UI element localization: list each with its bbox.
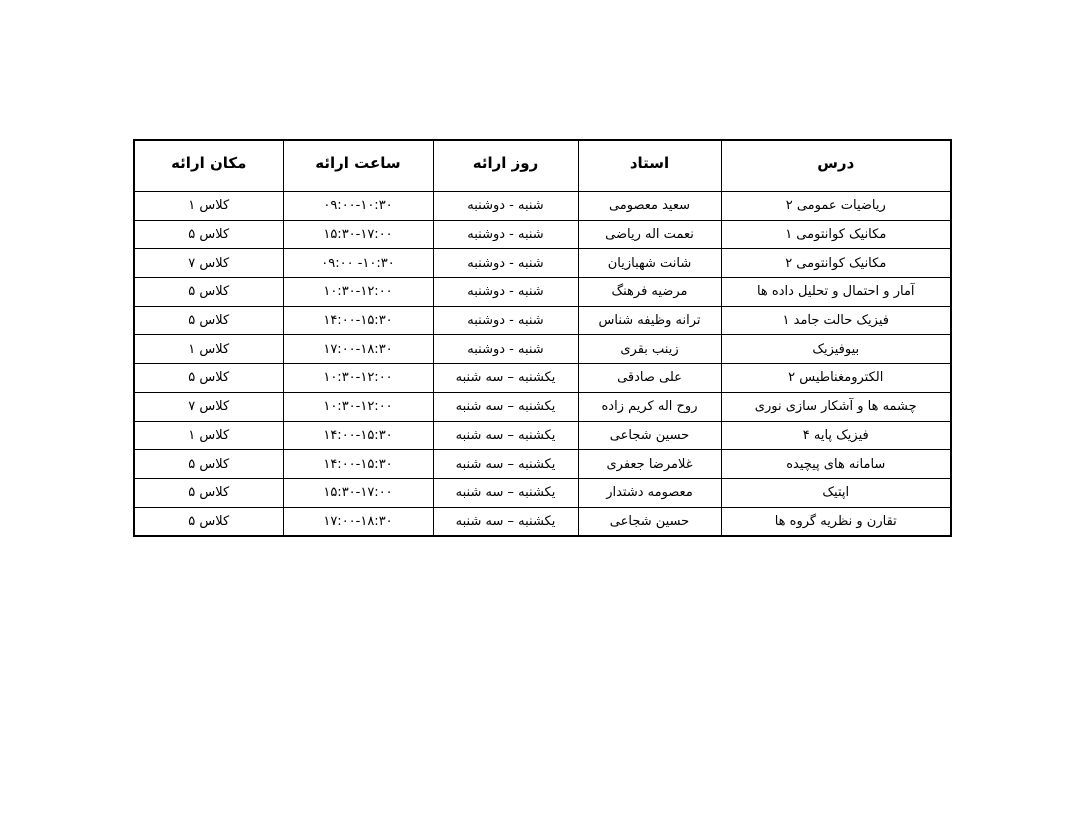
table-row: الکترومغناطیس ۲علی صادقییکشنبه – سه شنبه… [134,364,951,393]
cell-professor: شانت شهبازیان [578,249,721,278]
cell-time: ۱۵:۳۰-۱۷:۰۰ [283,478,433,507]
cell-location: کلاس ۵ [134,278,283,307]
cell-location: کلاس ۷ [134,392,283,421]
cell-professor: حسین شجاعی [578,421,721,450]
cell-course: اپتیک [721,478,951,507]
cell-location: کلاس ۷ [134,249,283,278]
table-row: بیوفیزیکزینب بقریشنبه - دوشنبه۱۷:۰۰-۱۸:۳… [134,335,951,364]
cell-course: مکانیک کوانتومی ۲ [721,249,951,278]
cell-location: کلاس ۵ [134,507,283,536]
cell-day: شنبه - دوشنبه [433,278,578,307]
table-row: فیزیک پایه ۴حسین شجاعییکشنبه – سه شنبه۱۴… [134,421,951,450]
cell-day: یکشنبه – سه شنبه [433,392,578,421]
table-row: تقارن و نظریه گروه هاحسین شجاعییکشنبه – … [134,507,951,536]
cell-time: ۱۷:۰۰-۱۸:۳۰ [283,335,433,364]
cell-professor: سعید معصومی [578,192,721,221]
cell-location: کلاس ۱ [134,421,283,450]
cell-day: یکشنبه – سه شنبه [433,364,578,393]
cell-professor: ترانه وظیفه شناس [578,306,721,335]
cell-professor: زینب بقری [578,335,721,364]
cell-location: کلاس ۵ [134,220,283,249]
header-row: درس استاد روز ارائه ساعت ارائه مکان ارائ… [134,140,951,192]
table-row: سامانه های پیچیدهغلامرضا جعفرییکشنبه – س… [134,450,951,479]
table-row: آمار و احتمال و تحلیل داده هامرضیه فرهنگ… [134,278,951,307]
cell-course: آمار و احتمال و تحلیل داده ها [721,278,951,307]
cell-time: ۱۷:۰۰-۱۸:۳۰ [283,507,433,536]
cell-professor: معصومه دشتدار [578,478,721,507]
cell-location: کلاس ۵ [134,450,283,479]
cell-location: کلاس ۱ [134,192,283,221]
cell-time: ۱۰:۳۰-۱۲:۰۰ [283,364,433,393]
cell-professor: نعمت اله ریاضی [578,220,721,249]
cell-location: کلاس ۵ [134,306,283,335]
cell-time: ۱۴:۰۰-۱۵:۳۰ [283,450,433,479]
cell-time: ۱۵:۳۰-۱۷:۰۰ [283,220,433,249]
cell-time: ۱۰:۳۰-۱۲:۰۰ [283,278,433,307]
header-day: روز ارائه [433,140,578,192]
table-body: ریاضیات عمومی ۲سعید معصومیشنبه - دوشنبه۰… [134,192,951,537]
cell-time: ۱۴:۰۰-۱۵:۳۰ [283,306,433,335]
cell-course: سامانه های پیچیده [721,450,951,479]
cell-time: ۰۹:۰۰ -۱۰:۳۰ [283,249,433,278]
cell-day: شنبه - دوشنبه [433,192,578,221]
cell-day: یکشنبه – سه شنبه [433,507,578,536]
cell-day: شنبه - دوشنبه [433,249,578,278]
cell-professor: غلامرضا جعفری [578,450,721,479]
cell-course: الکترومغناطیس ۲ [721,364,951,393]
course-schedule-table: درس استاد روز ارائه ساعت ارائه مکان ارائ… [133,139,952,537]
cell-day: یکشنبه – سه شنبه [433,421,578,450]
cell-day: شنبه - دوشنبه [433,220,578,249]
cell-course: مکانیک کوانتومی ۱ [721,220,951,249]
cell-time: ۱۰:۳۰-۱۲:۰۰ [283,392,433,421]
header-time: ساعت ارائه [283,140,433,192]
table-row: چشمه ها و آشکار سازی نوریروح اله کریم زا… [134,392,951,421]
cell-course: فیزیک حالت جامد ۱ [721,306,951,335]
cell-course: چشمه ها و آشکار سازی نوری [721,392,951,421]
header-professor: استاد [578,140,721,192]
cell-professor: علی صادقی [578,364,721,393]
header-location: مکان ارائه [134,140,283,192]
cell-course: فیزیک پایه ۴ [721,421,951,450]
cell-day: یکشنبه – سه شنبه [433,450,578,479]
cell-day: یکشنبه – سه شنبه [433,478,578,507]
cell-professor: مرضیه فرهنگ [578,278,721,307]
cell-day: شنبه - دوشنبه [433,306,578,335]
cell-location: کلاس ۵ [134,364,283,393]
table-row: فیزیک حالت جامد ۱ترانه وظیفه شناسشنبه - … [134,306,951,335]
table-row: ریاضیات عمومی ۲سعید معصومیشنبه - دوشنبه۰… [134,192,951,221]
cell-location: کلاس ۱ [134,335,283,364]
table-row: مکانیک کوانتومی ۱نعمت اله ریاضیشنبه - دو… [134,220,951,249]
cell-course: بیوفیزیک [721,335,951,364]
cell-location: کلاس ۵ [134,478,283,507]
table-row: مکانیک کوانتومی ۲شانت شهبازیانشنبه - دوش… [134,249,951,278]
table-header: درس استاد روز ارائه ساعت ارائه مکان ارائ… [134,140,951,192]
cell-day: شنبه - دوشنبه [433,335,578,364]
header-course: درس [721,140,951,192]
cell-professor: روح اله کریم زاده [578,392,721,421]
cell-course: تقارن و نظریه گروه ها [721,507,951,536]
cell-time: ۱۴:۰۰-۱۵:۳۰ [283,421,433,450]
cell-course: ریاضیات عمومی ۲ [721,192,951,221]
cell-professor: حسین شجاعی [578,507,721,536]
table-row: اپتیکمعصومه دشتداریکشنبه – سه شنبه۱۵:۳۰-… [134,478,951,507]
cell-time: ۰۹:۰۰-۱۰:۳۰ [283,192,433,221]
document-page: درس استاد روز ارائه ساعت ارائه مکان ارائ… [0,0,1080,834]
